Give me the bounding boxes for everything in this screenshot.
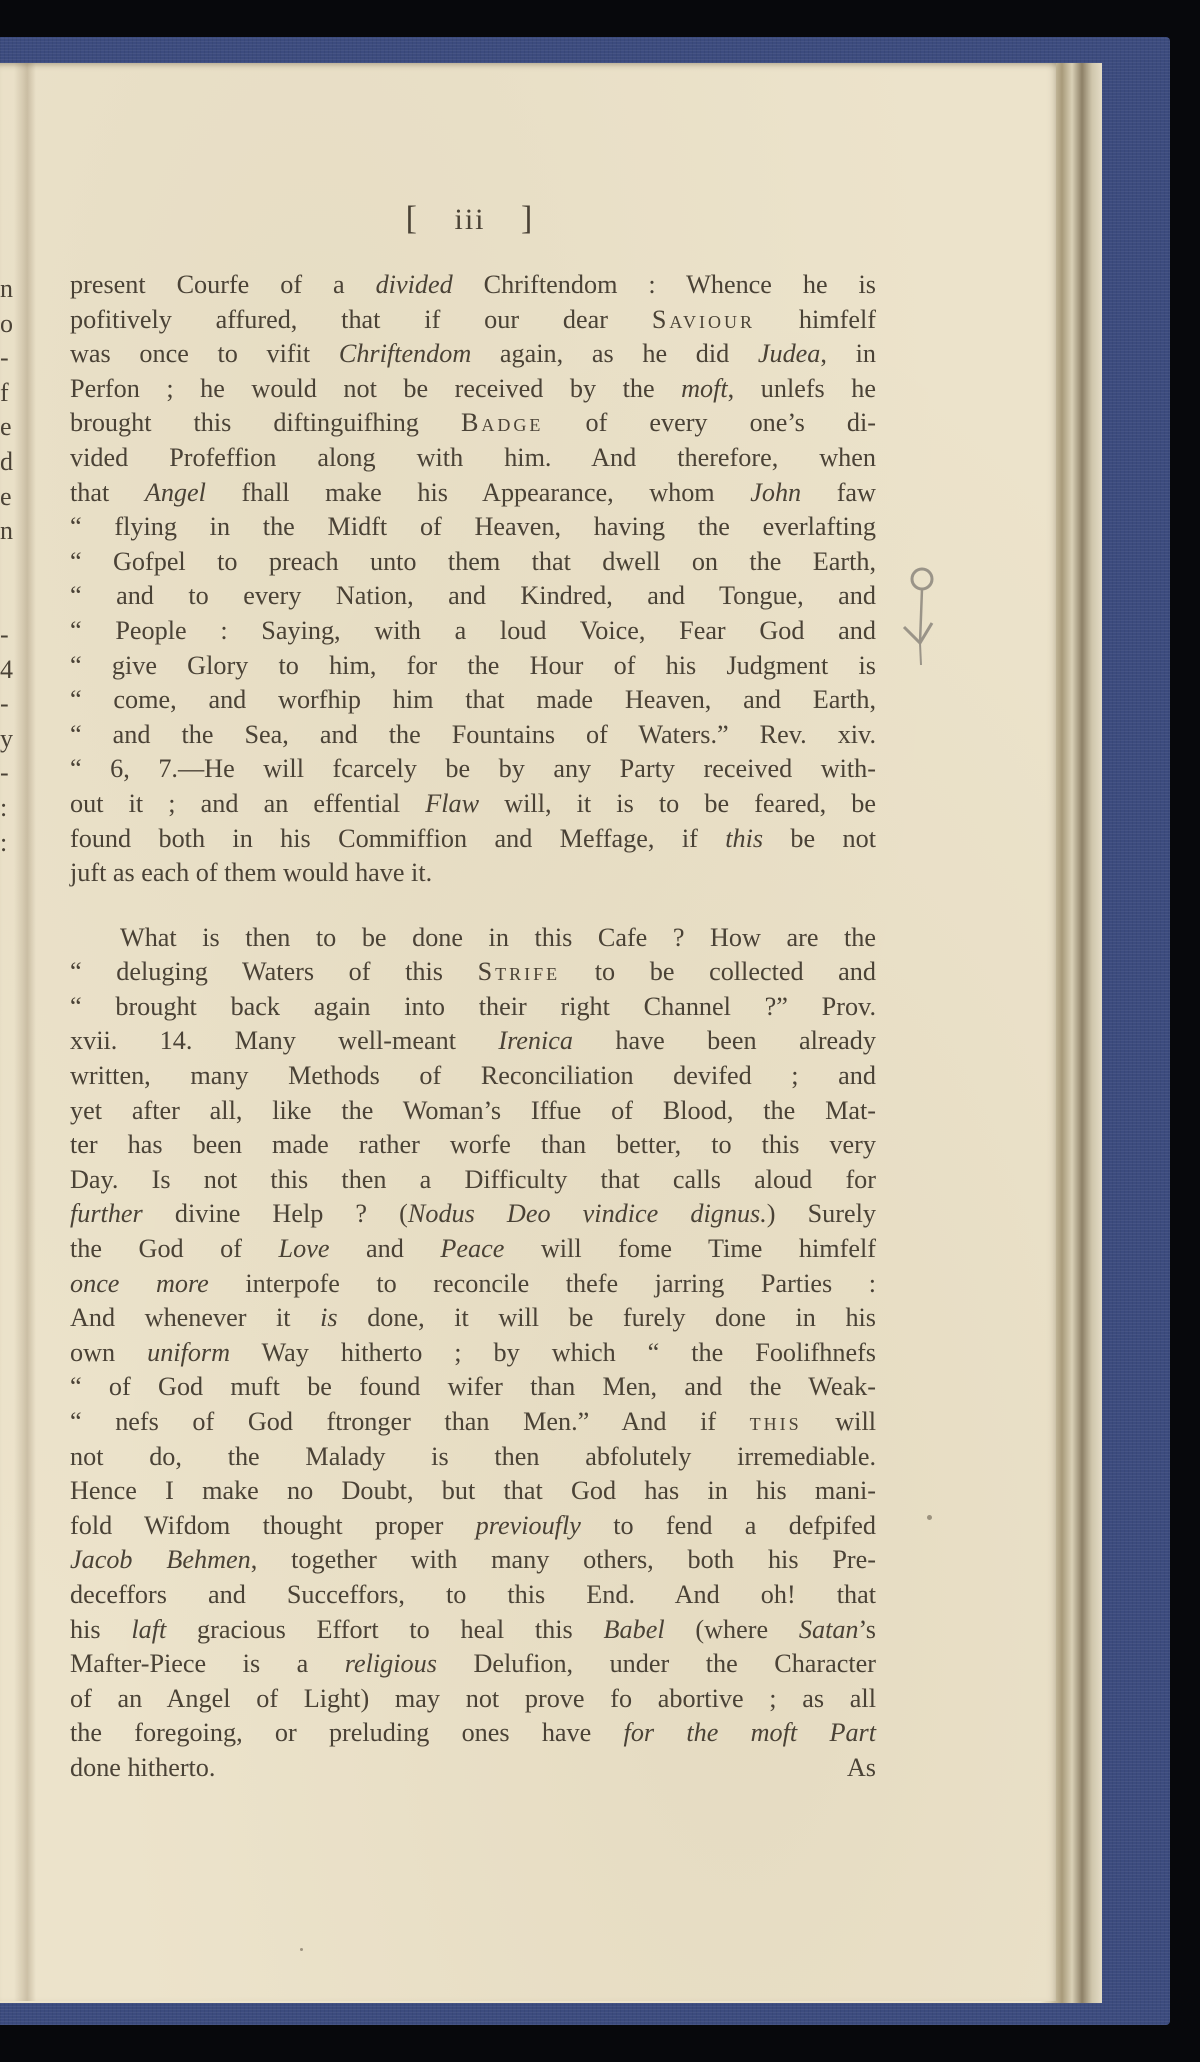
text-run: and <box>329 1234 440 1263</box>
text-run: ter has been made rather worfe than bett… <box>70 1130 876 1159</box>
text-run: faw <box>801 478 876 507</box>
text-line: “ and to every Nation, and Kindred, and … <box>70 579 876 614</box>
text-line: once more interpofe to reconcile thefe j… <box>70 1267 876 1302</box>
text-line: Hence I make no Doubt, but that God has … <box>70 1474 876 1509</box>
text-run: will <box>802 1407 876 1436</box>
text-line: “ brought back again into their right Ch… <box>70 990 876 1025</box>
text-run: fold Wifdom thought proper <box>70 1511 476 1540</box>
italic-text: for the moft Part <box>624 1718 876 1747</box>
page-number: [ iii ] <box>400 200 540 238</box>
text-line: ter has been made rather worfe than bett… <box>70 1128 876 1163</box>
small-caps-text: Badge <box>461 408 543 437</box>
text-run: will, it is to be feared, be <box>479 789 876 818</box>
italic-text: uniform <box>147 1338 230 1367</box>
text-line: Jacob Behmen, together with many others,… <box>70 1543 876 1578</box>
text-run: “ and to every Nation, and Kindred, and … <box>70 581 876 610</box>
text-run: brought this diftinguifhing <box>70 408 461 437</box>
text-run: Hence I make no Doubt, but that God has … <box>70 1476 876 1505</box>
text-line: was once to vifit Chriftendom again, as … <box>70 337 876 372</box>
text-line: of an Angel of Light) may not prove fo a… <box>70 1682 876 1717</box>
text-run: was once to vifit <box>70 339 339 368</box>
text-line: “ deluging Waters of this Strife to be c… <box>70 955 876 990</box>
text-run: “ 6, 7.—He will fcarcely be by any Party… <box>70 754 876 783</box>
page-number-close-bracket: ] <box>521 200 534 237</box>
catchword: As <box>847 1751 876 1786</box>
text-run: ) Surely <box>767 1199 876 1228</box>
facing-page-fragments: n o - f e d e n - 4 - y - : : <box>0 272 14 860</box>
text-run: gracious Effort to heal this <box>166 1615 603 1644</box>
text-run: to fend a defpifed <box>581 1511 876 1540</box>
text-run: pofitively affured, that if our dear <box>70 305 652 334</box>
text-run: written, many Methods of Reconciliation … <box>70 1061 876 1090</box>
text-run: the foregoing, or preluding ones have <box>70 1718 624 1747</box>
italic-text: Chriftendom <box>339 339 471 368</box>
italic-text: Nodus Deo vindice dignus. <box>408 1199 767 1228</box>
page-number-value: iii <box>454 203 485 236</box>
paragraph-1: present Courfe of a divided Chriftendom … <box>70 268 876 891</box>
text-line: xvii. 14. Many well-meant Irenica have b… <box>70 1024 876 1059</box>
italic-text: Irenica <box>498 1026 573 1055</box>
italic-text: is <box>320 1303 337 1332</box>
text-run: of an Angel of Light) may not prove fo a… <box>70 1684 876 1713</box>
italic-text: religious <box>345 1649 437 1678</box>
text-run: will fome Time himfelf <box>504 1234 876 1263</box>
text-line: “ flying in the Midft of Heaven, having … <box>70 510 876 545</box>
text-line: done hitherto.As <box>70 1751 876 1786</box>
italic-text: Peace <box>440 1234 504 1263</box>
text-run: ’s <box>859 1615 876 1644</box>
text-line: “ nefs of God ftronger than Men.” And if… <box>70 1405 876 1440</box>
text-run: juft as each of them would have it. <box>70 858 432 887</box>
text-line: not do, the Malady is then abfolutely ir… <box>70 1440 876 1475</box>
text-run: vided Profeffion along with him. And the… <box>70 443 876 472</box>
italic-text: further <box>70 1199 143 1228</box>
text-line: “ give Glory to him, for the Hour of his… <box>70 649 876 684</box>
text-run: done hitherto. <box>70 1753 215 1782</box>
text-line: his laft gracious Effort to heal this Ba… <box>70 1613 876 1648</box>
text-run: , in <box>820 339 876 368</box>
text-run: Day. Is not this then a Difficulty that … <box>70 1165 876 1194</box>
text-line: “ of God muft be found wifer than Men, a… <box>70 1370 876 1405</box>
text-run: “ nefs of God ftronger than Men.” And if <box>70 1407 750 1436</box>
text-run: that <box>70 478 145 507</box>
italic-text: Satan <box>799 1615 859 1644</box>
italic-text: John <box>750 478 801 507</box>
body-text: present Courfe of a divided Chriftendom … <box>70 268 876 1786</box>
text-run: his <box>70 1615 131 1644</box>
text-run: out it ; and an effential <box>70 789 425 818</box>
italic-text: Flaw <box>425 789 479 818</box>
text-line: written, many Methods of Reconciliation … <box>70 1059 876 1094</box>
text-run: “ and the Sea, and the Fountains of Wate… <box>70 720 876 749</box>
text-run: “ brought back again into their right Ch… <box>70 992 876 1021</box>
text-run: of every one’s di- <box>543 408 876 437</box>
text-run: done, it will be furely done in his <box>338 1303 876 1332</box>
text-run: “ flying in the Midft of Heaven, having … <box>70 512 876 541</box>
text-run: , unlefs he <box>728 374 876 403</box>
italic-text: this <box>725 824 763 853</box>
text-run: “ People : Saying, with a loud Voice, Fe… <box>70 616 876 645</box>
text-run: (where <box>665 1615 799 1644</box>
text-line: “ People : Saying, with a loud Voice, Fe… <box>70 614 876 649</box>
italic-text: Jacob Behmen <box>70 1545 251 1574</box>
text-line: What is then to be done in this Cafe ? H… <box>70 921 876 956</box>
text-run: Mafter-Piece is a <box>70 1649 345 1678</box>
spine-gutter <box>14 63 36 2001</box>
italic-text: laft <box>131 1615 166 1644</box>
text-line: “ and the Sea, and the Fountains of Wate… <box>70 718 876 753</box>
text-run: be not <box>763 824 876 853</box>
text-line: that Angel fhall make his Appearance, wh… <box>70 476 876 511</box>
small-caps-text: Saviour <box>652 305 755 334</box>
text-line: own uniform Way hitherto ; by which “ th… <box>70 1336 876 1371</box>
text-line: the foregoing, or preluding ones have fo… <box>70 1716 876 1751</box>
text-run: “ give Glory to him, for the Hour of his… <box>70 651 876 680</box>
text-run: yet after all, like the Woman’s Iffue of… <box>70 1096 876 1125</box>
text-run: Way hitherto ; by which “ the Foolifhnef… <box>230 1338 876 1367</box>
text-line: pofitively affured, that if our dear Sav… <box>70 303 876 338</box>
text-run: “ of God muft be found wifer than Men, a… <box>70 1372 876 1401</box>
text-run: Perfon ; he would not be received by the <box>70 374 681 403</box>
text-run: found both in his Commiffion and Meffage… <box>70 824 725 853</box>
paper-speck <box>300 1948 303 1951</box>
text-run: interpofe to reconcile thefe jarring Par… <box>209 1269 876 1298</box>
italic-text: once more <box>70 1269 209 1298</box>
text-line: Day. Is not this then a Difficulty that … <box>70 1163 876 1198</box>
text-line: And whenever it is done, it will be fure… <box>70 1301 876 1336</box>
text-line: deceffors and Succeffors, to this End. A… <box>70 1578 876 1613</box>
italic-text: moft <box>681 374 728 403</box>
paragraph-gap <box>70 891 876 921</box>
text-run: present Courfe of a <box>70 270 376 299</box>
text-run: have been already <box>573 1026 876 1055</box>
text-run: not do, the Malady is then abfolutely ir… <box>70 1442 876 1471</box>
text-run: again, as he did <box>471 339 758 368</box>
text-line: “ come, and worfhip him that made Heaven… <box>70 683 876 718</box>
italic-text: previoufly <box>476 1511 581 1540</box>
text-line: Mafter-Piece is a religious Delufion, un… <box>70 1647 876 1682</box>
text-line: “ 6, 7.—He will fcarcely be by any Party… <box>70 752 876 787</box>
paper-speck <box>927 1515 932 1520</box>
text-line: brought this diftinguifhing Badge of eve… <box>70 406 876 441</box>
text-run: the God of <box>70 1234 279 1263</box>
text-run: xvii. 14. Many well-meant <box>70 1026 498 1055</box>
italic-text: Angel <box>145 478 206 507</box>
text-run: himfelf <box>755 305 876 334</box>
text-line: “ Gofpel to preach unto them that dwell … <box>70 545 876 580</box>
text-run: deceffors and Succeffors, to this End. A… <box>70 1580 876 1609</box>
text-run: Delufion, under the Character <box>437 1649 876 1678</box>
pencil-annotation-icon <box>900 565 950 685</box>
text-line: Perfon ; he would not be received by the… <box>70 372 876 407</box>
italic-text: Love <box>279 1234 330 1263</box>
text-run: “ come, and worfhip him that made Heaven… <box>70 685 876 714</box>
small-caps-text: this <box>750 1407 802 1436</box>
text-run: fhall make his Appearance, whom <box>206 478 750 507</box>
text-line: the God of Love and Peace will fome Time… <box>70 1232 876 1267</box>
text-line: further divine Help ? (Nodus Deo vindice… <box>70 1197 876 1232</box>
text-line: vided Profeffion along with him. And the… <box>70 441 876 476</box>
paragraph-2: What is then to be done in this Cafe ? H… <box>70 921 876 1786</box>
text-run: Chriftendom : Whence he is <box>453 270 876 299</box>
italic-text: divided <box>376 270 453 299</box>
text-line: fold Wifdom thought proper previoufly to… <box>70 1509 876 1544</box>
page-number-open-bracket: [ <box>406 200 419 237</box>
text-line: present Courfe of a divided Chriftendom … <box>70 268 876 303</box>
text-line: yet after all, like the Woman’s Iffue of… <box>70 1094 876 1129</box>
text-run: “ deluging Waters of this <box>70 957 478 986</box>
text-run: What is then to be done in this Cafe ? H… <box>120 923 876 952</box>
text-run: divine Help ? ( <box>143 1199 408 1228</box>
text-run: “ Gofpel to preach unto them that dwell … <box>70 547 876 576</box>
italic-text: Judea <box>758 339 821 368</box>
small-caps-text: Strife <box>478 957 561 986</box>
text-line: found both in his Commiffion and Meffage… <box>70 822 876 857</box>
text-run: And whenever it <box>70 1303 320 1332</box>
text-line: juft as each of them would have it. <box>70 856 876 891</box>
italic-text: Babel <box>604 1615 665 1644</box>
text-run: , together with many others, both his Pr… <box>251 1545 876 1574</box>
text-line: out it ; and an effential Flaw will, it … <box>70 787 876 822</box>
text-run: to be collected and <box>560 957 876 986</box>
text-run: own <box>70 1338 147 1367</box>
